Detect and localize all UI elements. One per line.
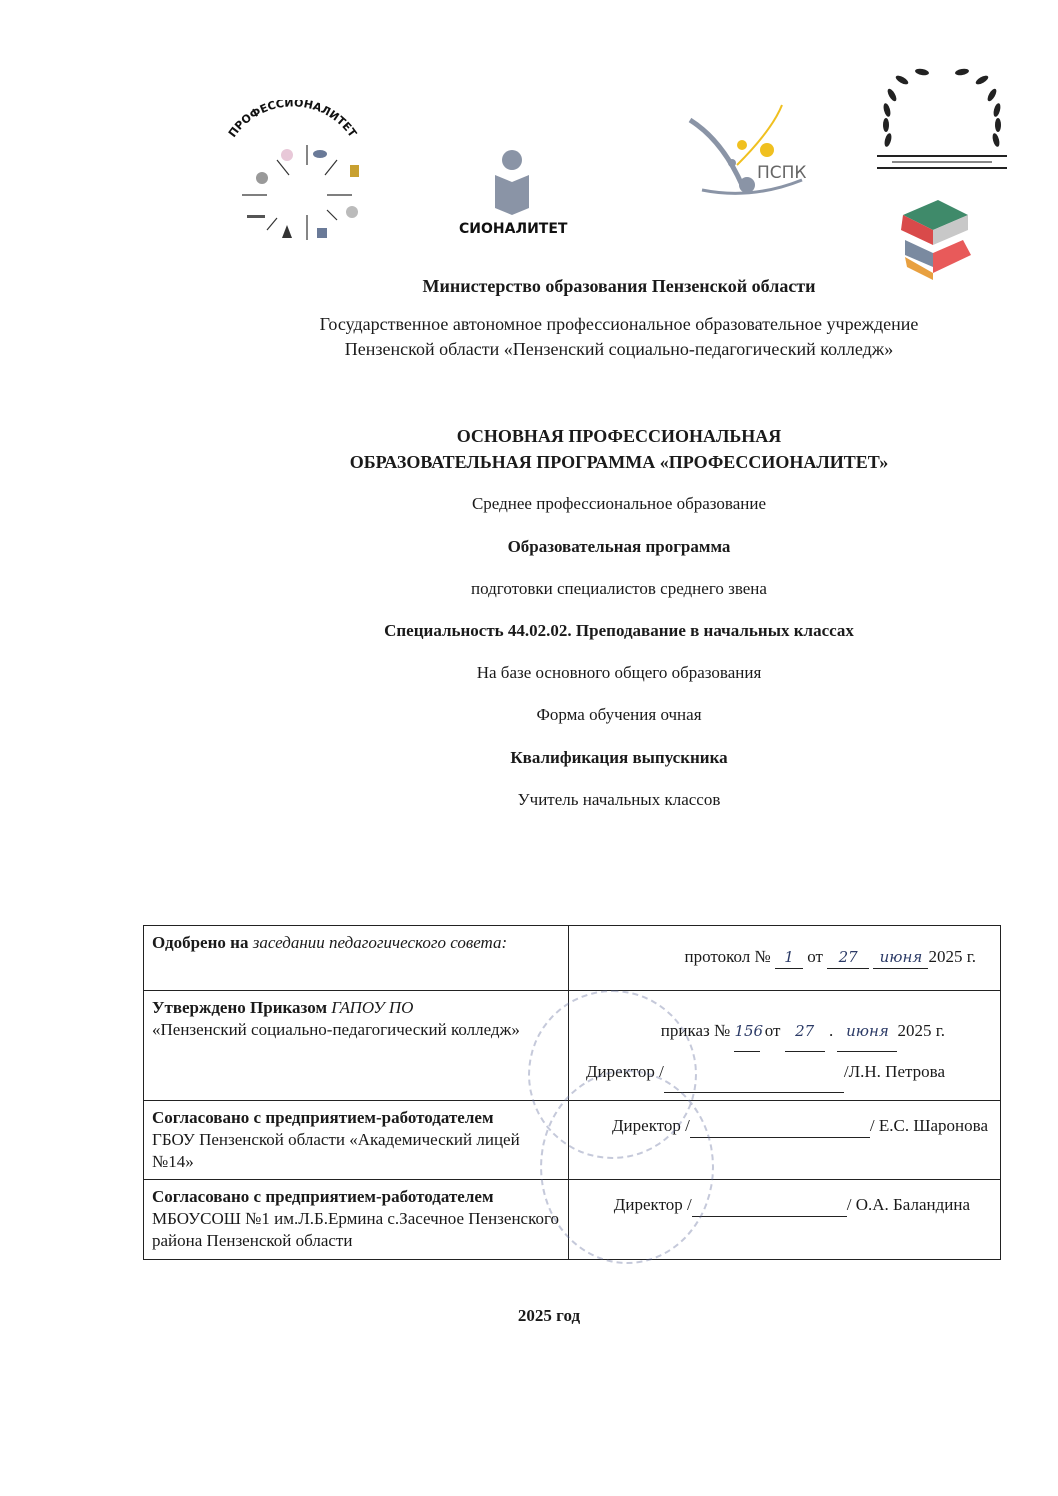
study-form: Форма обучения очная [90,705,1058,725]
svg-text:ПСПК: ПСПК [757,163,807,183]
education-basis: На базе основного общего образования [90,663,1058,683]
lyceum-laurel-logo [872,60,1012,170]
document-year: 2025 год [20,1306,1058,1326]
signer-balandina: / О.А. Баландина [847,1195,970,1214]
program-type: подготовки специалистов среднего звена [90,579,1058,599]
council-protocol: протокол № 1 от 27 июня2025 г. [569,926,1001,991]
title-line-2: ОБРАЗОВАТЕЛЬНАЯ ПРОГРАММА «ПРОФЕССИОНАЛИ… [90,452,1058,473]
school-signature: Директор / / О.А. Баландина [569,1180,1001,1260]
institution-line-2: Пензенской области «Пензенский социально… [90,339,1058,360]
qualification-label: Квалификация выпускника [90,748,1058,768]
specialty: Специальность 44.02.02. Преподавание в н… [90,621,1058,641]
institution-line-1: Государственное автономное профессиональ… [90,314,1058,335]
title-line-1: ОСНОВНАЯ ПРОФЕССИОНАЛЬНАЯ [90,426,1058,447]
pspk-logo: ПСПК [682,90,822,200]
svg-text:ПРОФЕССИОНАЛИТЕТ: ПРОФЕССИОНАЛИТЕТ [226,100,360,140]
protocol-month: июня [873,946,928,969]
program-label: Образовательная программа [90,537,1058,557]
lyceum-signature: Директор / / Е.С. Шаронова [569,1101,1001,1180]
signature-line [690,1115,870,1138]
signature-line [692,1194,847,1217]
svg-text:СИОНАЛИТЕТ: СИОНАЛИТЕТ [459,221,568,237]
signer-sharonova: / Е.С. Шаронова [870,1116,988,1135]
professionalitet-round-logo: ПРОФЕССИОНАЛИТЕТ [222,100,372,245]
approval-row-order: Утверждено Приказом ГАПОУ ПО «Пензенский… [144,991,1001,1101]
order-number: 156 [734,1011,760,1052]
books-logo [893,195,973,280]
professionalitet-book-logo: ПРОФЕС СИОНАЛИТЕТ [455,120,615,240]
qualification: Учитель начальных классов [90,790,1058,810]
approval-row-school: Согласовано с предприятием-работодателем… [144,1180,1001,1260]
signature-line [664,1052,844,1093]
signer-petrova: /Л.Н. Петрова [844,1062,945,1081]
order-day: 27 [785,1011,825,1052]
order-details: приказ № 156 от 27 . июня2025 г. Директо… [569,991,1001,1101]
order-month: июня [837,1011,897,1052]
council-label: Одобрено на заседании педагогического со… [144,926,569,991]
approval-row-lyceum: Согласовано с предприятием-работодателем… [144,1101,1001,1180]
approval-table: Одобрено на заседании педагогического со… [143,925,1001,1260]
lyceum-label: Согласовано с предприятием-работодателем… [144,1101,569,1180]
order-label: Утверждено Приказом ГАПОУ ПО «Пензенский… [144,991,569,1101]
school-label: Согласовано с предприятием-работодателем… [144,1180,569,1260]
ministry-name: Министерство образования Пензенской обла… [90,276,1058,297]
approval-row-council: Одобрено на заседании педагогического со… [144,926,1001,991]
protocol-number: 1 [775,946,803,969]
protocol-day: 27 [827,946,869,969]
education-level: Среднее профессиональное образование [90,494,1058,514]
